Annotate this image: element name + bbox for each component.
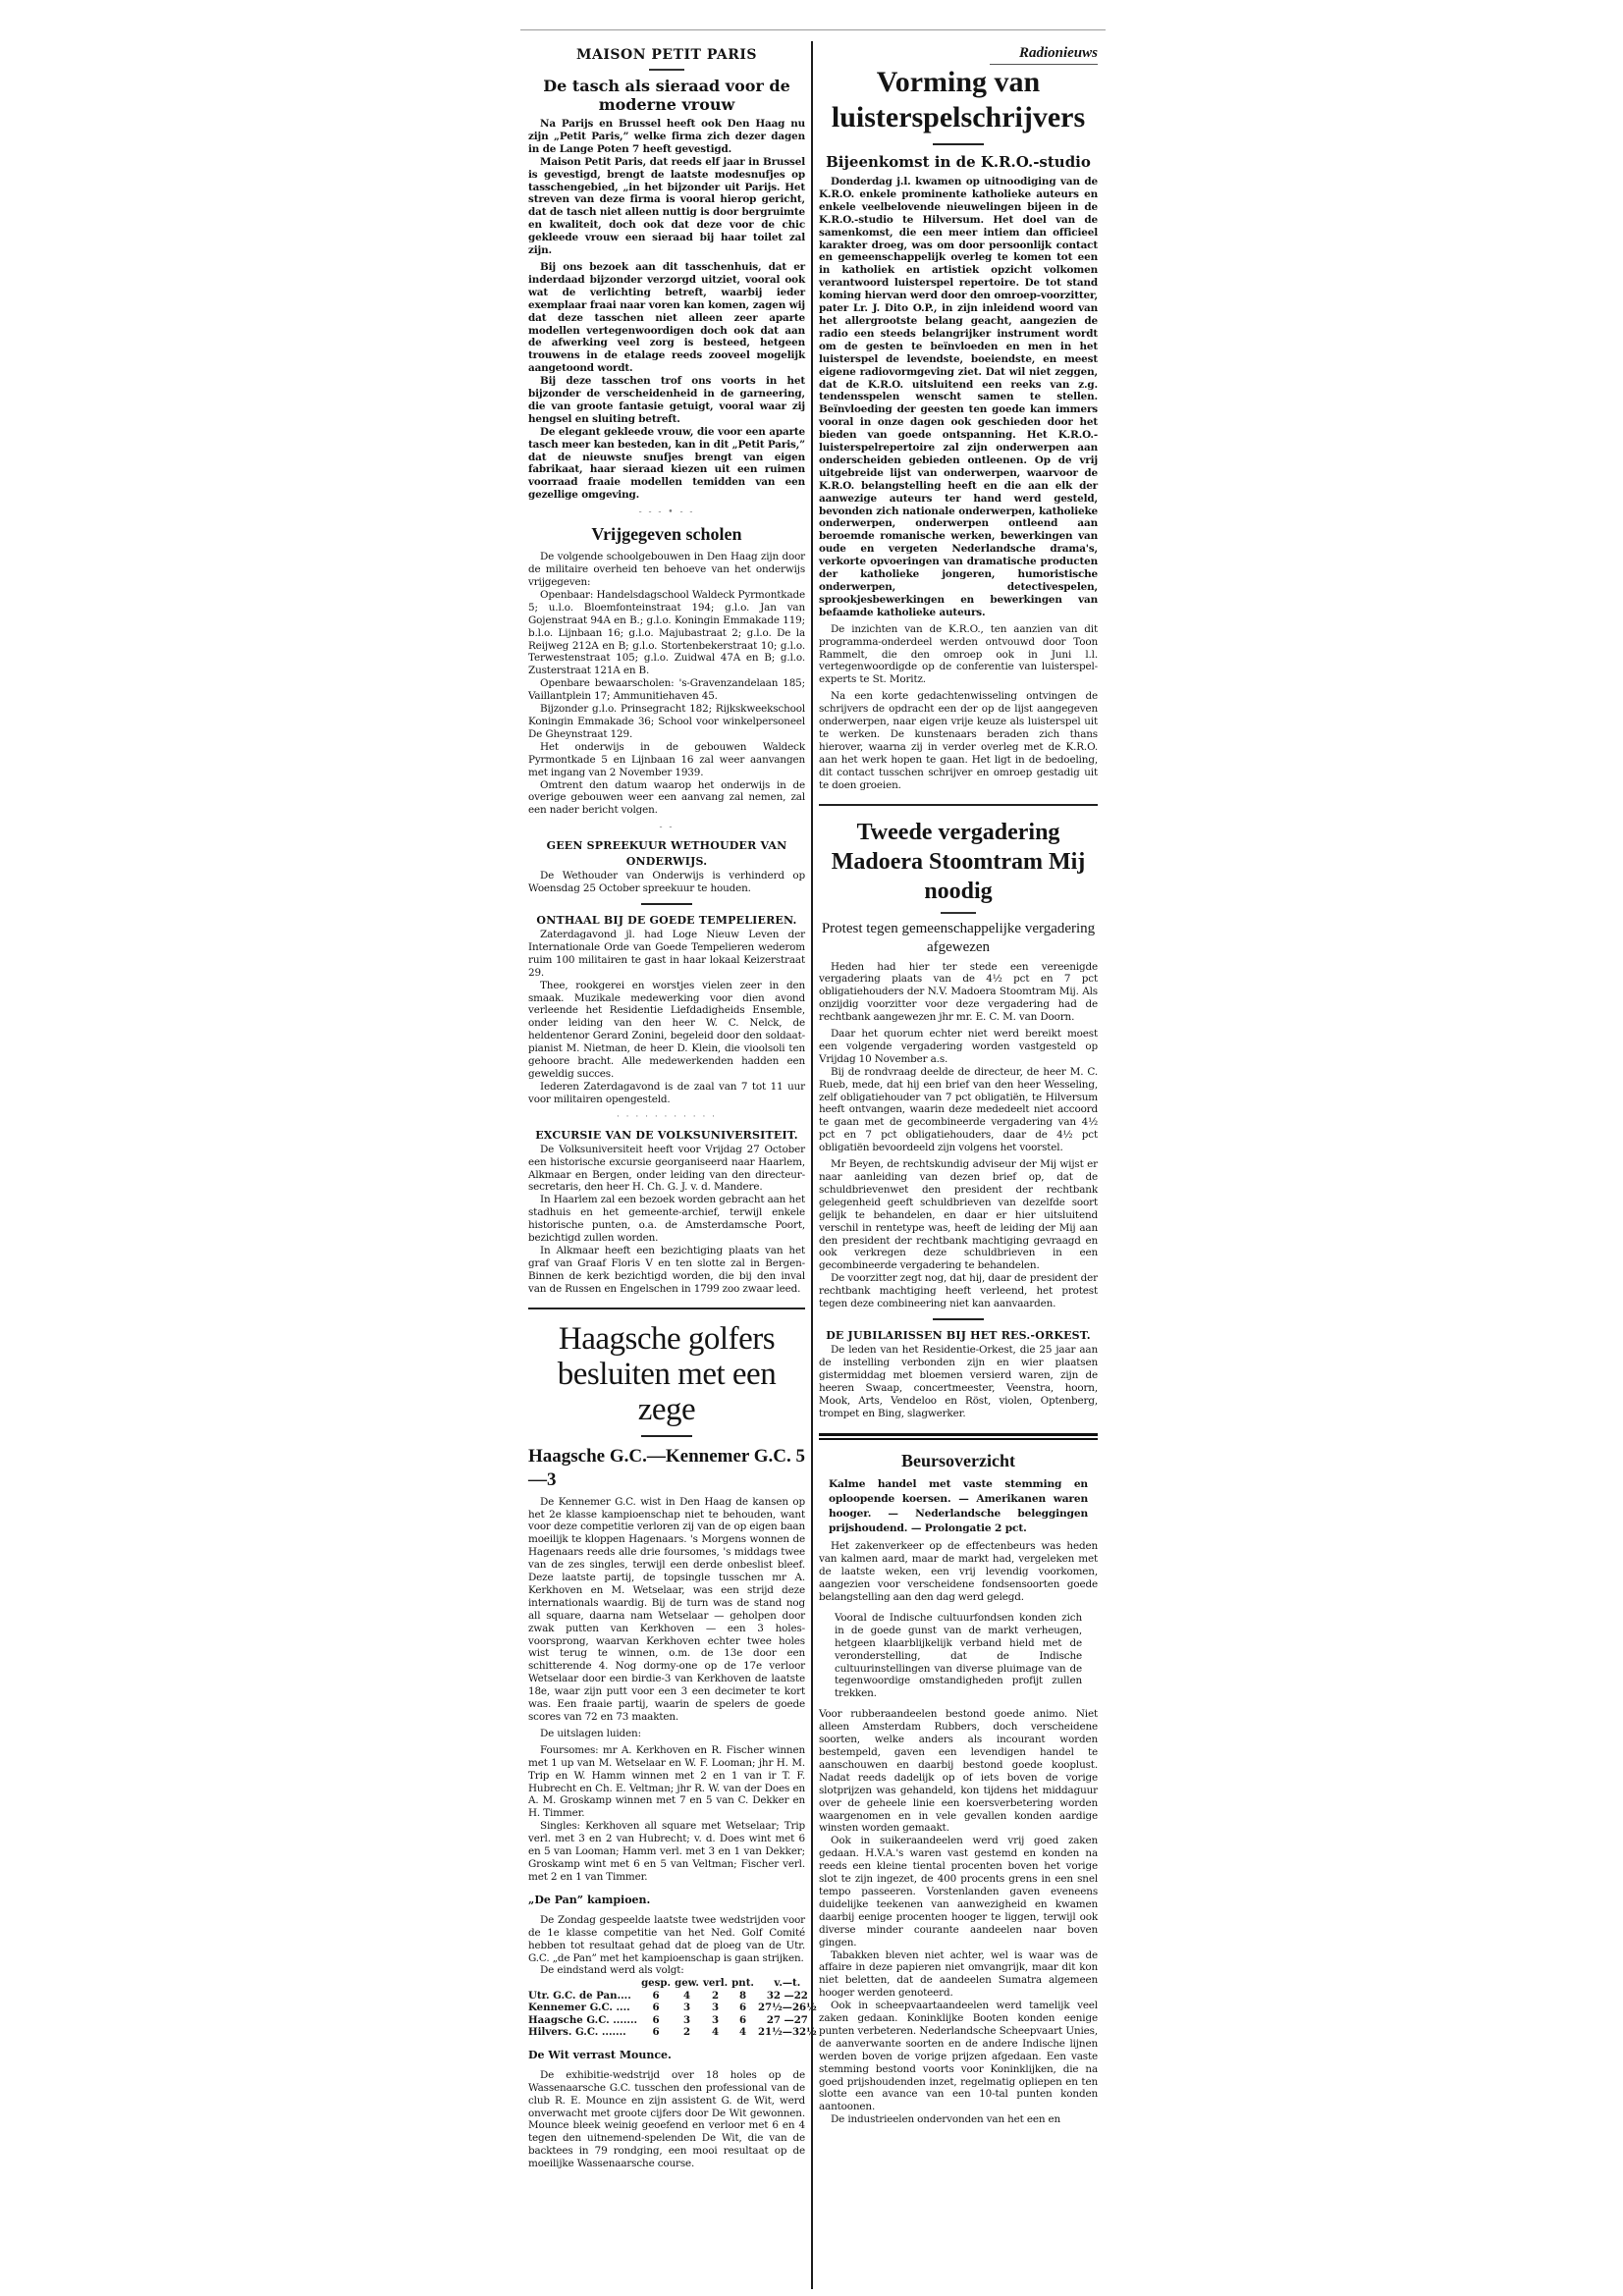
paragraph: Bijzonder g.l.o. Prinsegracht 182; Rijks… [528, 703, 805, 741]
paragraph: Maison Petit Paris, dat reeds elf jaar i… [528, 156, 805, 257]
paragraph: Bij de rondvraag deelde de directeur, de… [819, 1066, 1098, 1154]
article-headline: Tweede vergadering Madoera Stoomtram Mij… [819, 818, 1098, 906]
cell: 6 [639, 2002, 673, 2014]
section-rule [528, 1308, 805, 1309]
section-rule [819, 1433, 1098, 1440]
article-headline: DE JUBILARISSEN BIJ HET RES.-ORKEST. [819, 1328, 1098, 1344]
article-subhead: Protest tegen gemeenschappelijke vergade… [819, 920, 1098, 957]
paragraph: In Alkmaar heeft een bezichtiging plaats… [528, 1245, 805, 1296]
column-header: pnt. [730, 1977, 756, 1990]
cell-club: Kennemer G.C. .... [528, 2002, 639, 2014]
paragraph: Donderdag j.l. kwamen op uitnoodiging va… [819, 176, 1098, 619]
table-row: Haagsche G.C. ....... 6 3 3 6 27 —27 [528, 2014, 819, 2027]
cell: 27 —27 [756, 2014, 819, 2027]
paragraph: Daar het quorum echter niet werd bereikt… [819, 1028, 1098, 1066]
article-madoera-stoomtram: Tweede vergadering Madoera Stoomtram Mij… [819, 818, 1098, 1320]
lead-summary: Kalme handel met vaste stemming en oploo… [819, 1477, 1098, 1536]
subsection-headline: „De Pan” kampioen. [528, 1894, 805, 1906]
cell: 3 [673, 2014, 701, 2027]
cell-club: Haagsche G.C. ....... [528, 2014, 639, 2027]
cell: 2 [701, 1990, 730, 2002]
article-kicker: MAISON PETIT PARIS [528, 47, 805, 63]
paragraph: Thee, rookgerei en worstjes vielen zeer … [528, 980, 805, 1081]
ornament-divider: · · · · · · · · · · · [528, 1112, 805, 1122]
newspaper-clipping: MAISON PETIT PARIS De tasch als sieraad … [520, 29, 1106, 2287]
column-divider [811, 41, 813, 2289]
cell: 3 [673, 2002, 701, 2014]
divider [941, 912, 976, 914]
column-header: gesp. [639, 1977, 673, 1990]
ornament-divider: - - - • - - [528, 507, 805, 517]
article-headline: Haagsche golfers besluiten met een zege [528, 1321, 805, 1427]
article-headline: ONTHAAL BIJ DE GOEDE TEMPELIEREN. [528, 913, 805, 929]
section-rule [819, 804, 1098, 806]
divider [933, 143, 984, 145]
paragraph: De elegant gekleede vrouw, die voor een … [528, 426, 805, 502]
paragraph: Tabakken bleven niet achter, wel is waar… [819, 1949, 1098, 2001]
paragraph: Zaterdagavond jl. had Loge Nieuw Leven d… [528, 929, 805, 980]
paragraph: De Volksuniversiteit heeft voor Vrijdag … [528, 1144, 805, 1195]
paragraph: Openbare bewaarscholen: 's-Gravenzandela… [528, 677, 805, 703]
divider [641, 1435, 692, 1437]
paragraph: Ook in suikeraandeelen werd vrij goed za… [819, 1835, 1098, 1949]
paragraph: Iederen Zaterdagavond is de zaal van 7 t… [528, 1081, 805, 1106]
paragraph: De leden van het Residentie-Orkest, die … [819, 1344, 1098, 1419]
section-label: Radionieuws [990, 45, 1098, 65]
paragraph: De exhibitie-wedstrijd over 18 holes op … [528, 2069, 805, 2170]
cell-club: Utr. G.C. de Pan.... [528, 1990, 639, 2002]
cell: 4 [701, 2026, 730, 2039]
article-maison-petit-paris: MAISON PETIT PARIS De tasch als sieraad … [528, 47, 805, 517]
article-subhead: Haagsche G.C.—Kennemer G.C. 5—3 [528, 1445, 805, 1492]
paragraph: Het zakenverkeer op de effectenbeurs was… [819, 1540, 1098, 1604]
table-row: Utr. G.C. de Pan.... 6 4 2 8 32 —22 [528, 1990, 819, 2002]
right-column: Radionieuws Vorming van luisterspelschri… [819, 37, 1098, 2126]
paragraph: Voor rubberaandeelen bestond goede animo… [819, 1708, 1098, 1835]
divider [641, 903, 692, 905]
cell: 6 [730, 2014, 756, 2027]
table-row: Kennemer G.C. .... 6 3 3 6 27½—26½ [528, 2002, 819, 2014]
divider [649, 69, 684, 71]
top-rule [520, 29, 1106, 30]
paragraph: Bij ons bezoek aan dit tasschenhuis, dat… [528, 261, 805, 375]
paragraph: De uitslagen luiden: [528, 1728, 805, 1740]
paragraph: Omtrent den datum waarop het onderwijs i… [528, 779, 805, 818]
cell: 21½—32½ [756, 2026, 819, 2039]
column-header: verl. [701, 1977, 730, 1990]
paragraph: Het onderwijs in de gebouwen Waldeck Pyr… [528, 741, 805, 779]
cell: 6 [730, 2002, 756, 2014]
article-headline: De tasch als sieraad voor de moderne vro… [528, 77, 805, 114]
column-header [528, 1977, 639, 1990]
cell: 3 [701, 2014, 730, 2027]
paragraph: Na een korte gedachtenwisseling ontvinge… [819, 690, 1098, 791]
article-headline: Beursoverzicht [819, 1450, 1098, 1471]
indented-block: Vooral de Indische cultuurfondsen konden… [819, 1612, 1098, 1700]
left-column: MAISON PETIT PARIS De tasch als sieraad … [528, 37, 805, 2170]
column-header: v.—t. [756, 1977, 819, 1990]
paragraph: In Haarlem zal een bezoek worden gebrach… [528, 1194, 805, 1245]
paragraph: Foursomes: mr A. Kerkhoven en R. Fischer… [528, 1744, 805, 1820]
article-haagsche-golfers: Haagsche golfers besluiten met een zege … [528, 1321, 805, 2170]
standings-table: gesp. gew. verl. pnt. v.—t. Utr. G.C. de… [528, 1977, 819, 2039]
article-radionieuws: Radionieuws Vorming van luisterspelschri… [819, 45, 1098, 806]
article-headline: Vrijgegeven scholen [528, 523, 805, 545]
article-beursoverzicht: Beursoverzicht Kalme handel met vaste st… [819, 1450, 1098, 2126]
cell: 32 —22 [756, 1990, 819, 2002]
article-headline: Vorming van luisterspelschrijvers [819, 65, 1098, 135]
article-vrijgegeven-scholen: Vrijgegeven scholen De volgende schoolge… [528, 523, 805, 832]
article-headline: GEEN SPREEKUUR WETHOUDER VAN ONDERWIJS. [528, 838, 805, 870]
article-jubilarissen: DE JUBILARISSEN BIJ HET RES.-ORKEST. De … [819, 1328, 1098, 1440]
paragraph: De volgende schoolgebouwen in Den Haag z… [528, 551, 805, 589]
paragraph: De Zondag gespeelde laatste twee wedstri… [528, 1914, 805, 1965]
ornament-divider: - - [528, 823, 805, 832]
cell: 6 [639, 1990, 673, 2002]
cell: 6 [639, 2026, 673, 2039]
paragraph: De eindstand werd als volgt: [528, 1964, 805, 1977]
paragraph: Ook in scheepvaartaandeelen werd tamelij… [819, 2000, 1098, 2113]
paragraph: Singles: Kerkhoven all square met Wetsel… [528, 1820, 805, 1884]
divider [933, 1318, 984, 1320]
cell-club: Hilvers. G.C. ....... [528, 2026, 639, 2039]
subsection-headline: De Wit verrast Mounce. [528, 2049, 805, 2061]
table-header-row: gesp. gew. verl. pnt. v.—t. [528, 1977, 819, 1990]
paragraph: De Kennemer G.C. wist in Den Haag de kan… [528, 1496, 805, 1724]
article-geen-spreekuur: GEEN SPREEKUUR WETHOUDER VAN ONDERWIJS. … [528, 838, 805, 905]
cell: 4 [730, 2026, 756, 2039]
article-subhead: Bijeenkomst in de K.R.O.-studio [819, 153, 1098, 172]
cell: 27½—26½ [756, 2002, 819, 2014]
paragraph: De voorzitter zegt nog, dat hij, daar de… [819, 1272, 1098, 1310]
paragraph: Kalme handel met vaste stemming en oploo… [829, 1477, 1088, 1536]
cell: 6 [639, 2014, 673, 2027]
paragraph: De inzichten van de K.R.O., ten aanzien … [819, 623, 1098, 687]
cell: 4 [673, 1990, 701, 2002]
column-header: gew. [673, 1977, 701, 1990]
article-excursie-volksuniversiteit: EXCURSIE VAN DE VOLKSUNIVERSITEIT. De Vo… [528, 1128, 805, 1309]
cell: 2 [673, 2026, 701, 2039]
paragraph: De Wethouder van Onderwijs is verhinderd… [528, 870, 805, 895]
paragraph: Na Parijs en Brussel heeft ook Den Haag … [528, 118, 805, 156]
cell: 8 [730, 1990, 756, 2002]
article-goede-tempelieren: ONTHAAL BIJ DE GOEDE TEMPELIEREN. Zaterd… [528, 913, 805, 1122]
paragraph: Openbaar: Handelsdagschool Waldeck Pyrmo… [528, 589, 805, 677]
article-headline: EXCURSIE VAN DE VOLKSUNIVERSITEIT. [528, 1128, 805, 1144]
paragraph: Mr Beyen, de rechtskundig adviseur der M… [819, 1158, 1098, 1272]
table-row: Hilvers. G.C. ....... 6 2 4 4 21½—32½ [528, 2026, 819, 2039]
paragraph: Heden had hier ter stede een vereenigde … [819, 961, 1098, 1025]
cell: 3 [701, 2002, 730, 2014]
paragraph: De industrieelen ondervonden van het een… [819, 2113, 1098, 2126]
paragraph: Vooral de Indische cultuurfondsen konden… [835, 1612, 1082, 1700]
paragraph: Bij deze tasschen trof ons voorts in het… [528, 375, 805, 426]
